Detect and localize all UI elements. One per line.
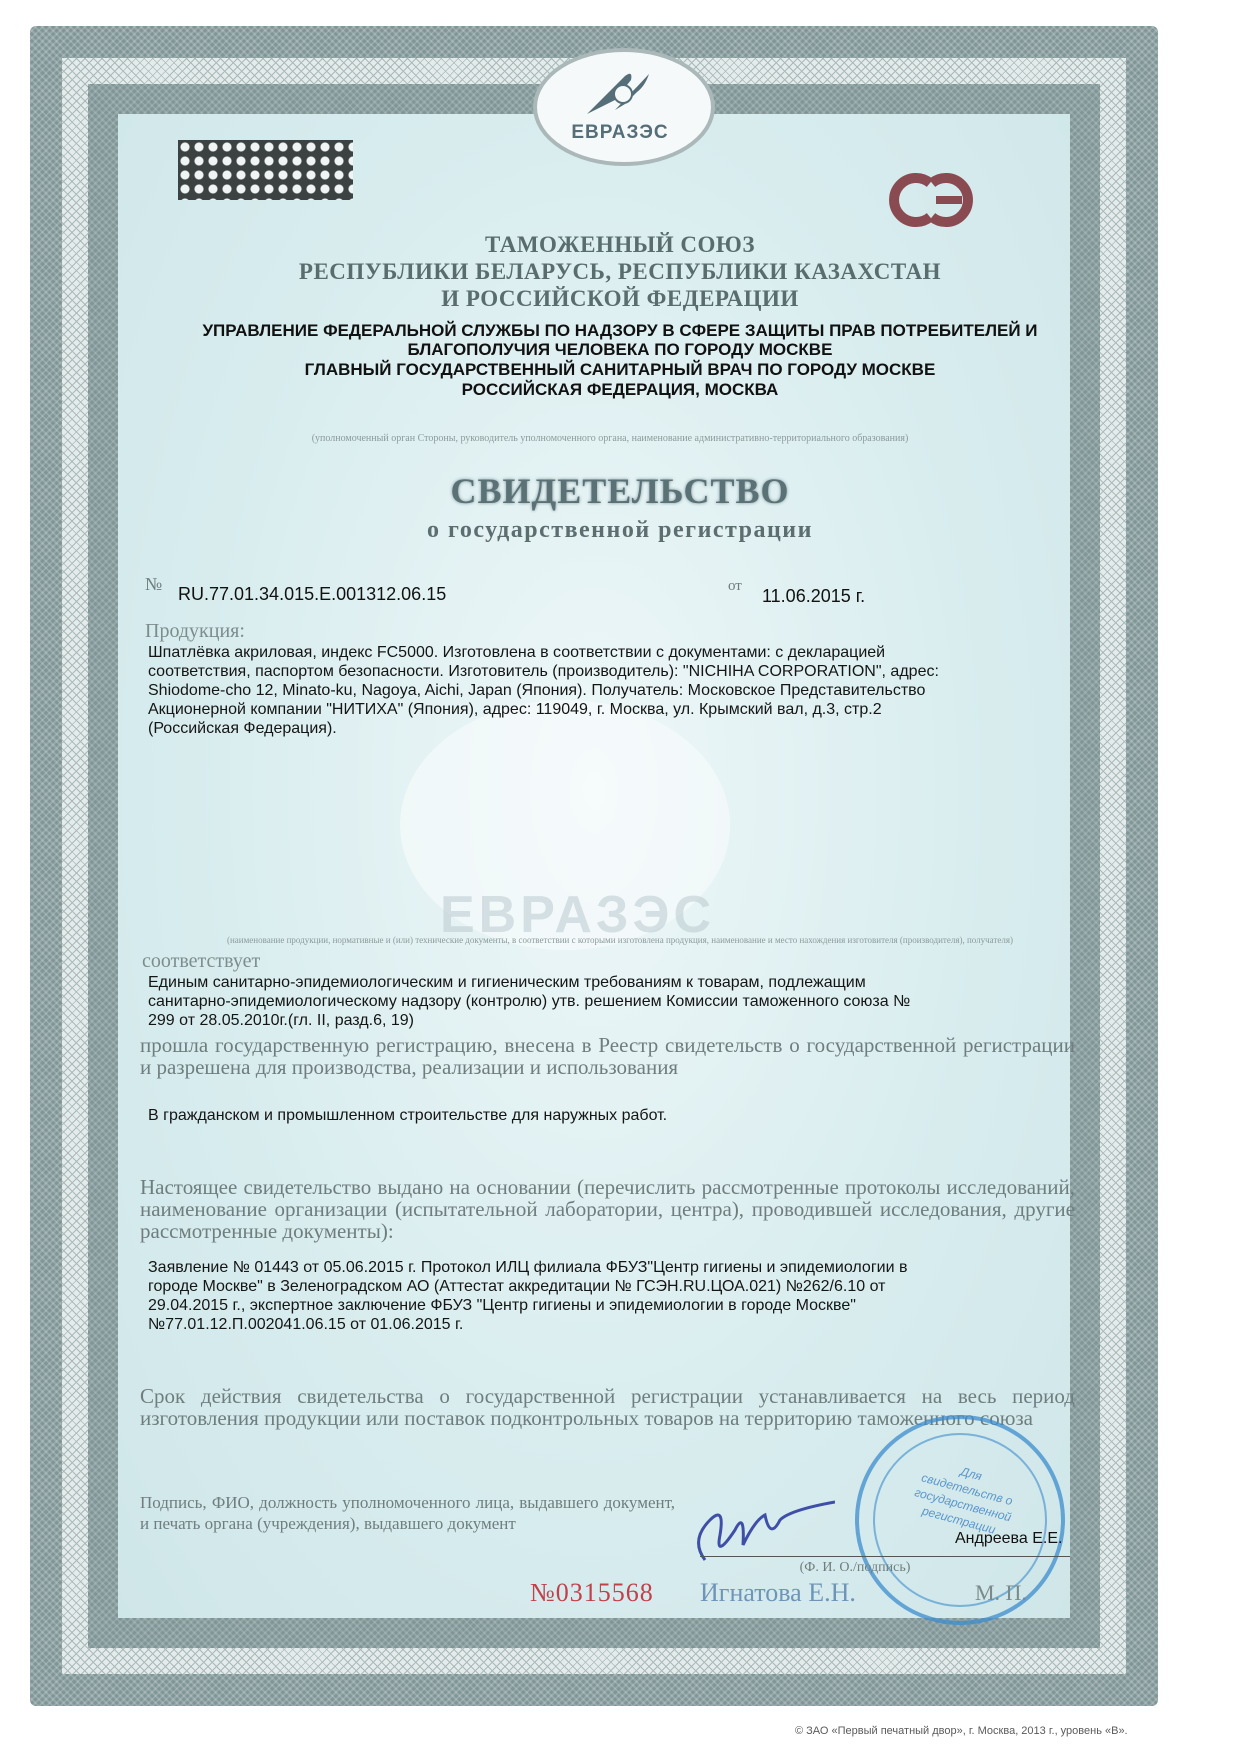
- document-subtitle: о государственной регистрации: [140, 517, 1100, 544]
- signer-name: Андреева Е.Е.: [955, 1530, 1062, 1548]
- agency-caption: (уполномоченный орган Стороны, руководит…: [200, 433, 1020, 444]
- eurasec-logo-text: ЕВРАЗЭС: [560, 122, 680, 144]
- signature-caption: (Ф. И. О./подпись): [770, 1560, 940, 1576]
- signature-line: [700, 1556, 1070, 1557]
- basis-intro: Настоящее свидетельство выдано на основа…: [140, 1176, 1075, 1242]
- agency-line-3: ГЛАВНЫЙ ГОСУДАРСТВЕННЫЙ САНИТАРНЫЙ ВРАЧ …: [150, 360, 1090, 379]
- printer-footer: © ЗАО «Первый печатный двор», г. Москва,…: [795, 1725, 1128, 1737]
- basis-line: Заявление № 01443 от 05.06.2015 г. Прото…: [148, 1258, 1078, 1277]
- clerk-name: Игнатова Е.Н.: [700, 1578, 856, 1608]
- registration-date: 11.06.2015 г.: [762, 586, 865, 607]
- agency-line-4: РОССИЙСКАЯ ФЕДЕРАЦИЯ, МОСКВА: [150, 380, 1090, 399]
- eurasec-globe-icon: [585, 70, 655, 116]
- conformity-line: санитарно-эпидемиологическому надзору (к…: [148, 992, 1078, 1011]
- usage-scope: В гражданском и промышленном строительст…: [148, 1106, 1078, 1125]
- product-label: Продукция:: [145, 620, 245, 643]
- union-title-line-3: И РОССИЙСКОЙ ФЕДЕРАЦИИ: [140, 285, 1100, 312]
- product-description: Шпатлёвка акриловая, индекс FC5000. Изго…: [148, 643, 1078, 738]
- agency-line-1: УПРАВЛЕНИЕ ФЕДЕРАЛЬНОЙ СЛУЖБЫ ПО НАДЗОРУ…: [150, 321, 1090, 340]
- document-title: СВИДЕТЕЛЬСТВО: [140, 470, 1100, 512]
- basis-line: 29.04.2015 г., экспертное заключение ФБУ…: [148, 1296, 1078, 1315]
- basis-documents: Заявление № 01443 от 05.06.2015 г. Прото…: [148, 1258, 1078, 1334]
- basis-line: №77.01.12.П.002041.06.15 от 01.06.2015 г…: [148, 1315, 1078, 1334]
- conformity-label: соответствует: [142, 950, 260, 973]
- registration-statement: прошла государственную регистрацию, внес…: [140, 1034, 1075, 1078]
- form-serial-number: №0315568: [530, 1578, 654, 1608]
- conformity-line: 299 от 28.05.2010г.(гл. II, разд.6, 19): [148, 1011, 1078, 1030]
- handwritten-signature: [685, 1490, 835, 1570]
- product-line: Shiodome-cho 12, Minato-ku, Nagoya, Aich…: [148, 681, 1078, 700]
- seal-placeholder-label: М. П.: [975, 1580, 1027, 1606]
- basis-line: городе Москве" в Зеленоградском АО (Атте…: [148, 1277, 1078, 1296]
- product-line: Акционерной компании "НИТИХА" (Япония), …: [148, 700, 1078, 719]
- product-line: соответствия, паспортом безопасности. Из…: [148, 662, 1078, 681]
- conformity-requirements: Единым санитарно-эпидемиологическим и ги…: [148, 973, 1078, 1030]
- product-line: Шпатлёвка акриловая, индекс FC5000. Изго…: [148, 643, 1078, 662]
- conformity-mark-icon: [880, 165, 985, 235]
- conformity-line: Единым санитарно-эпидемиологическим и ги…: [148, 973, 1078, 992]
- number-label: №: [145, 574, 162, 595]
- signature-prompt: Подпись, ФИО, должность уполномоченного …: [140, 1492, 675, 1534]
- product-line: (Российская Федерация).: [148, 719, 1078, 738]
- date-label: от: [728, 578, 742, 595]
- hologram-security-strip: [178, 140, 353, 200]
- union-title-line-1: ТАМОЖЕННЫЙ СОЮЗ: [140, 231, 1100, 258]
- registration-number: RU.77.01.34.015.Е.001312.06.15: [178, 584, 446, 605]
- product-caption: (наименование продукции, нормативные и (…: [140, 935, 1100, 945]
- agency-line-2: БЛАГОПОЛУЧИЯ ЧЕЛОВЕКА ПО ГОРОДУ МОСКВЕ: [150, 340, 1090, 359]
- union-title-line-2: РЕСПУБЛИКИ БЕЛАРУСЬ, РЕСПУБЛИКИ КАЗАХСТА…: [140, 258, 1100, 285]
